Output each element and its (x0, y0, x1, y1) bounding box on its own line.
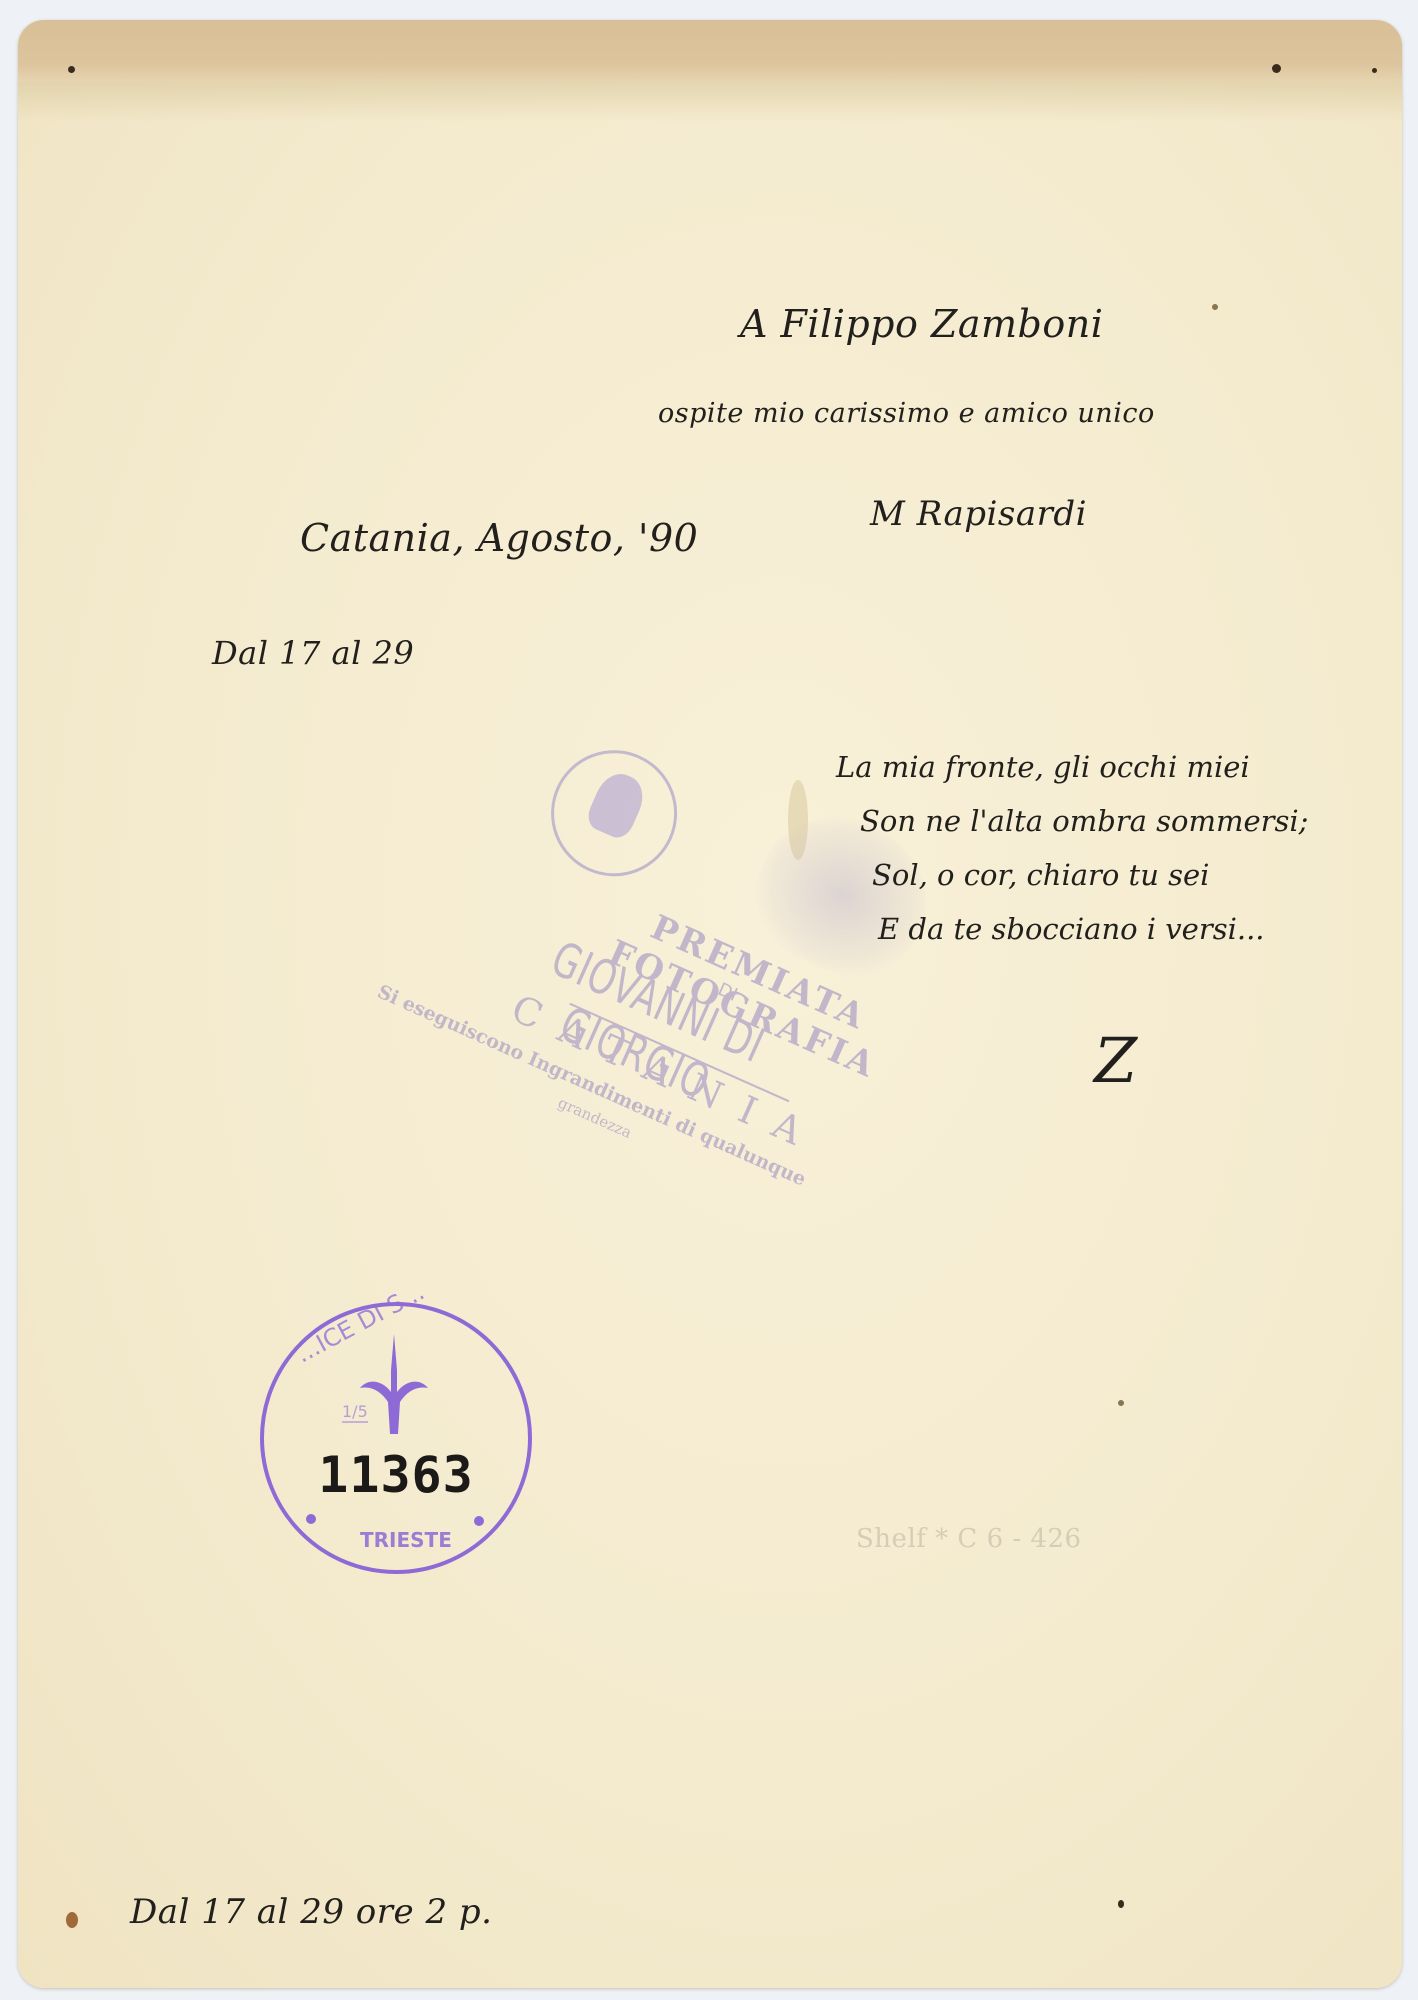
date-range: Dal 17 al 29 (212, 634, 414, 672)
dedication-signature: M Rapisardi (870, 494, 1087, 534)
spot (1212, 304, 1218, 310)
spot (1118, 1400, 1124, 1406)
top-strip-fade (18, 82, 1402, 122)
dedication-text: ospite mio carissimo e amico unico (658, 398, 1155, 429)
poem-line: E da te sbocciano i versi... (836, 912, 1308, 966)
poem: La mia fronte, gli occhi miei Son ne l'a… (836, 750, 1308, 966)
archive-stamp: ...ICE DI S... 1/5 11363 TRIESTE (260, 1302, 532, 1574)
halberd-icon (354, 1330, 434, 1442)
bottom-note: Dal 17 al 29 ore 2 p. (130, 1892, 492, 1932)
pin-hole (68, 66, 75, 73)
poem-line: Son ne l'alta ombra sommersi; (836, 804, 1308, 858)
archive-number: 11363 (264, 1446, 528, 1504)
pin-hole (1372, 68, 1377, 73)
poem-line: Sol, o cor, chiaro tu sei (836, 858, 1308, 912)
stamp-dot (306, 1514, 316, 1524)
archive-stamp-city: TRIESTE (360, 1528, 452, 1552)
pin-hole (1272, 64, 1281, 73)
stamp-dot (474, 1516, 484, 1526)
profile-head-icon (583, 767, 650, 842)
poem-line: La mia fronte, gli occhi miei (836, 750, 1308, 804)
stain-spot (66, 1912, 78, 1928)
pencil-shelf-note: Shelf * C 6 - 426 (856, 1524, 1082, 1554)
spot (1118, 1900, 1124, 1908)
place-date: Catania, Agosto, '90 (300, 516, 698, 560)
cabinet-card-verso: A Filippo Zamboni ospite mio carissimo e… (18, 20, 1402, 1988)
dedication-recipient: A Filippo Zamboni (740, 302, 1103, 346)
top-mount-strip (18, 20, 1402, 82)
poem-initial: Z (1094, 1024, 1138, 1097)
